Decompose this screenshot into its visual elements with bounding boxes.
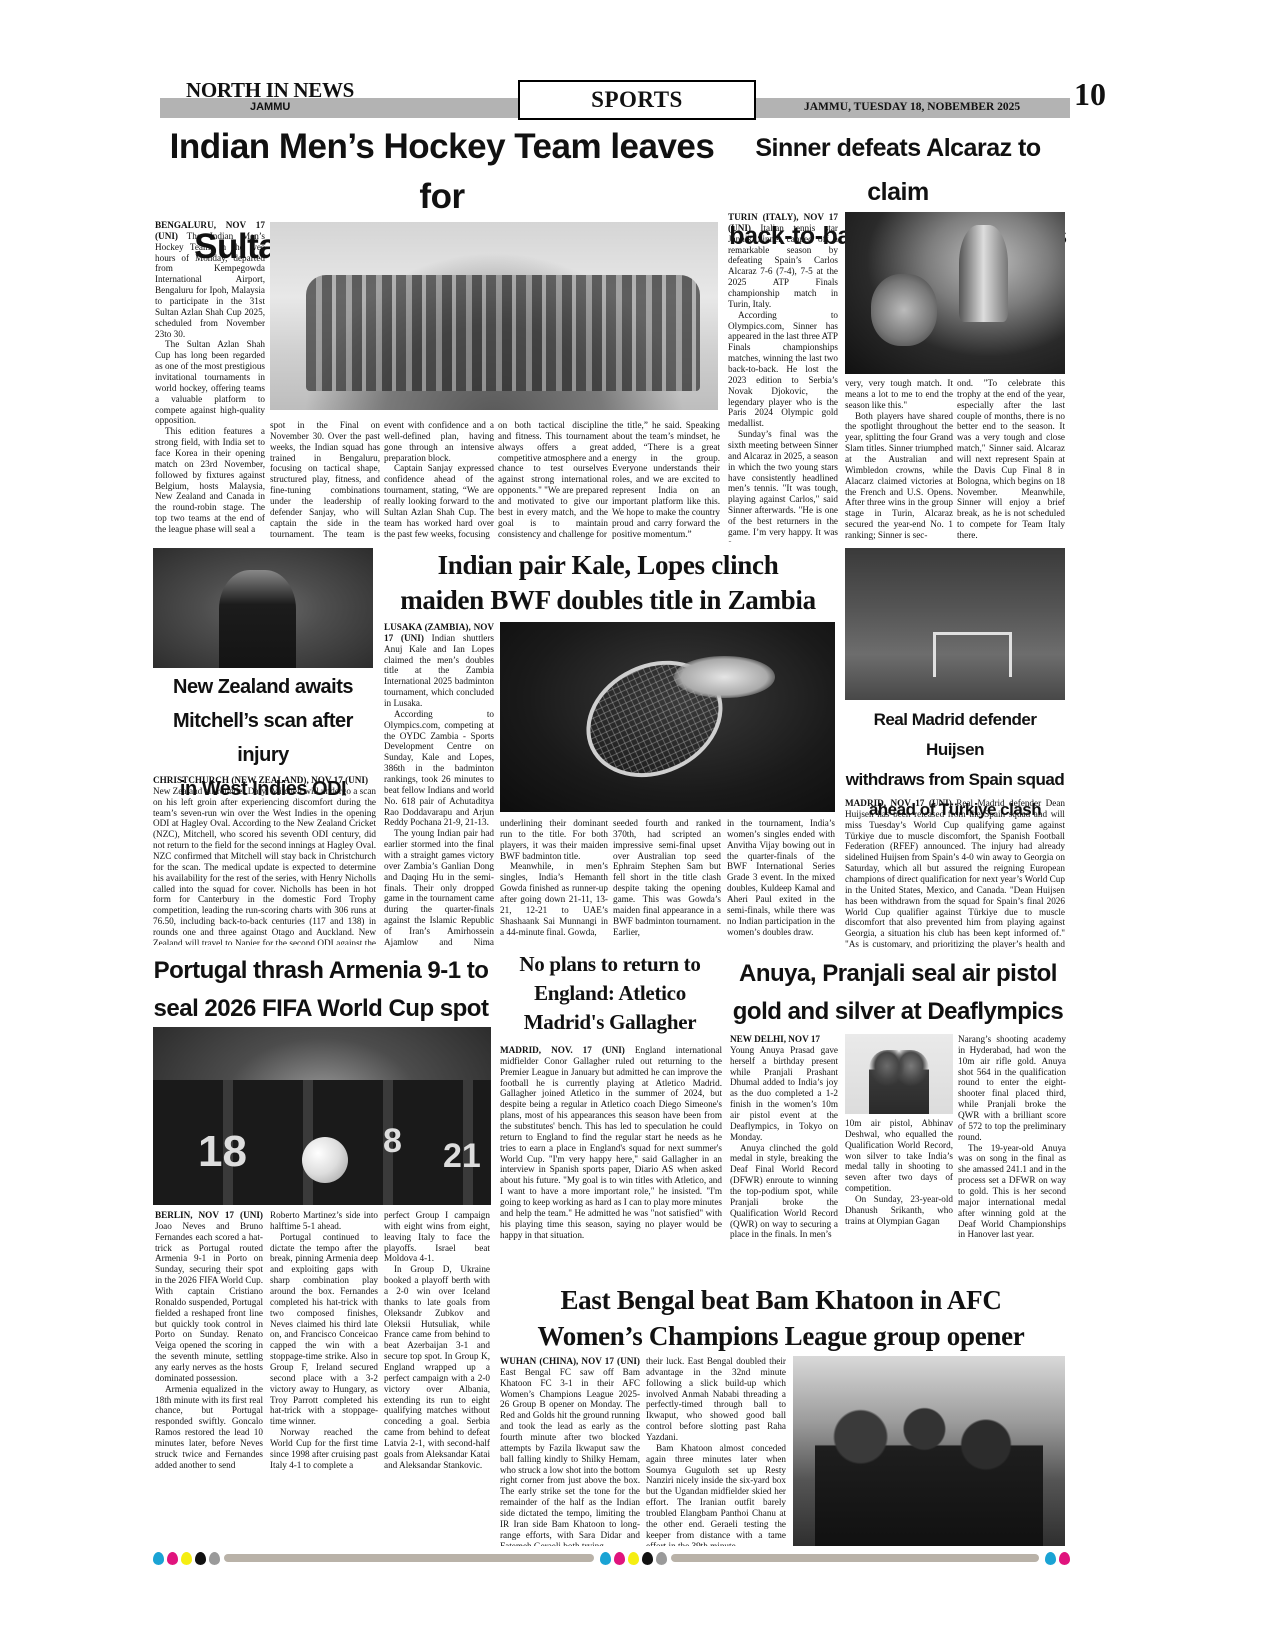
hockey-team-photo (270, 222, 718, 410)
paragraph: their luck. East Bengal doubled their ad… (646, 1356, 786, 1443)
registration-dot-cyan (153, 1552, 164, 1565)
eastbengal-headline-line2: Women’s Champions League group opener (494, 1318, 1068, 1354)
hockey-col-5: the title,” he said. Speaking about the … (612, 420, 720, 540)
mitchell-dateline: CHRISTCHURCH (NEW ZEALAND), NOV 17 (UNI) (153, 775, 368, 785)
paragraph: According to Olympics.com, Sinner has ap… (728, 310, 838, 429)
sinner-col-3: ond. "To celebrate this trophy at the en… (957, 378, 1065, 540)
registration-dot-magenta (167, 1552, 178, 1565)
bwf-col-3: seeded fourth and ranked 370th, had scri… (613, 818, 721, 946)
deaflympics-col-2: 10m air pistol, Abhinav Deshwal, who equ… (845, 1118, 953, 1278)
paragraph: Sunday’s final was the sixth meeting bet… (728, 429, 838, 542)
paragraph: The young Indian pair had earlier storme… (384, 828, 494, 947)
deaflympics-col-3: Narang’s shooting academy in Hyderabad, … (958, 1034, 1066, 1279)
portugal-players-photo: 18 8 21 (153, 1027, 491, 1205)
mitchell-headline-line1: New Zealand awaits (150, 670, 376, 704)
registration-dot-gray (656, 1552, 667, 1565)
deaflympics-headline: Anuya, Pranjali seal air pistol gold and… (728, 955, 1068, 1031)
registration-dot-black (195, 1552, 206, 1565)
deaflympics-headline-line1: Anuya, Pranjali seal air pistol (728, 955, 1068, 993)
jersey-number: 21 (443, 1137, 481, 1176)
hockey-col-3: event with confidence and a well-defined… (384, 420, 494, 540)
hockey-col-1: BENGALURU, NOV 17 (UNI) The Indian Men’s… (155, 220, 265, 540)
registration-dot-cyan (600, 1552, 611, 1565)
mitchell-headline-line2: Mitchell’s scan after injury (150, 704, 376, 772)
registration-dot-magenta (614, 1552, 625, 1565)
registration-dot-yellow (628, 1552, 639, 1565)
paragraph: Anuya clinched the gold medal in style, … (730, 1143, 838, 1241)
paragraph: the title,” he said. Speaking about the … (612, 420, 720, 539)
gallagher-headline-line1: No plans to return to (494, 950, 726, 979)
paragraph: Bam Khatoon almost conceded again three … (646, 1443, 786, 1546)
gallagher-headline-line3: Madrid's Gallagher (494, 1008, 726, 1037)
sinner-trophy-photo (845, 212, 1065, 374)
hockey-col-2: spot in the Final on November 30. Over t… (270, 420, 380, 540)
paragraph: The Indian Men’s Hockey Team, in the wee… (155, 231, 265, 339)
paragraph: East Bengal FC saw off Bam Khatoon FC 3-… (500, 1367, 640, 1546)
paragraph: ond. "To celebrate this trophy at the en… (957, 378, 1065, 540)
paragraph: 10m air pistol, Abhinav Deshwal, who equ… (845, 1118, 953, 1194)
paragraph: England international midfielder Conor G… (500, 1045, 722, 1240)
portugal-headline-line2: seal 2026 FIFA World Cup spot (150, 990, 492, 1028)
paragraph: The 19-year-old Anuya was on song in the… (958, 1143, 1066, 1241)
huijsen-dateline: MADRID, NOV 17 (UNI) (845, 798, 952, 808)
paragraph: Both players have shared the spotlight t… (845, 411, 953, 540)
bwf-col-4: in the tournament, India’s women’s singl… (727, 818, 835, 946)
gallagher-body: MADRID, NOV. 17 (UNI) England internatio… (500, 1045, 722, 1275)
gallagher-headline-line2: England: Atletico (494, 979, 726, 1008)
bwf-headline-line2: maiden BWF doubles title in Zambia (380, 583, 836, 618)
bwf-headline-line1: Indian pair Kale, Lopes clinch (380, 548, 836, 583)
hockey-headline-line1: Indian Men’s Hockey Team leaves for (152, 122, 732, 222)
paragraph: This edition features a strong field, wi… (155, 426, 265, 535)
paragraph: seeded fourth and ranked 370th, had scri… (613, 818, 721, 937)
paragraph: Roberto Martinez’s side into halftime 5-… (270, 1210, 378, 1232)
bwf-col-2: underlining their dominant run to the ti… (500, 818, 608, 946)
gallagher-headline: No plans to return to England: Atletico … (494, 950, 726, 1037)
hockey-col-4: on both tactical discipline and fitness.… (498, 420, 608, 540)
section-title: SPORTS (518, 80, 756, 120)
sinner-col-2: very, very tough match. It means a lot t… (845, 378, 953, 540)
deaflympics-dateline: NEW DELHI, NOV 17 (730, 1034, 820, 1044)
huijsen-headline-line2: withdraws from Spain squad (845, 765, 1065, 795)
eastbengal-col-1: WUHAN (CHINA), NOV 17 (UNI) East Bengal … (500, 1356, 640, 1546)
paragraph: perfect Group I campaign with eight wins… (384, 1210, 490, 1264)
eastbengal-headline-line1: East Bengal beat Bam Khatoon in AFC (494, 1282, 1068, 1318)
mitchell-body: CHRISTCHURCH (NEW ZEALAND), NOV 17 (UNI)… (153, 775, 376, 945)
registration-dot-cyan (1045, 1552, 1056, 1565)
deaflympics-col-1: NEW DELHI, NOV 17Young Anuya Prasad gave… (730, 1034, 838, 1279)
huijsen-headline-line1: Real Madrid defender Huijsen (845, 705, 1065, 765)
paragraph: Armenia equalized in the 18th minute wit… (155, 1384, 263, 1471)
mitchell-celebration-photo (153, 548, 373, 668)
paragraph: The Sultan Azlan Shah Cup has long been … (155, 339, 265, 426)
paragraph: on both tactical discipline and fitness.… (498, 420, 608, 539)
paragraph: Joao Neves and Bruno Fernandes each scor… (155, 1221, 263, 1383)
page-number: 10 (1074, 76, 1106, 113)
portugal-col-3: perfect Group I campaign with eight wins… (384, 1210, 490, 1545)
paragraph: In Group D, Ukraine booked a playoff ber… (384, 1264, 490, 1470)
paragraph: very, very tough match. It means a lot t… (845, 378, 953, 411)
paragraph: Italian tennis star Jannik Sinner capped… (728, 223, 838, 309)
paper-name: NORTH IN NEWS (186, 78, 354, 103)
registration-dot-black (642, 1552, 653, 1565)
portugal-headline: Portugal thrash Armenia 9-1 to seal 2026… (150, 952, 492, 1028)
paragraph: Norway reached the World Cup for the fir… (270, 1427, 378, 1470)
paragraph: spot in the Final on November 30. Over t… (270, 420, 380, 540)
eastbengal-col-2: their luck. East Bengal doubled their ad… (646, 1356, 786, 1546)
badminton-racket-photo (500, 622, 835, 812)
eastbengal-headline: East Bengal beat Bam Khatoon in AFC Wome… (494, 1282, 1068, 1354)
madrid-training-photo (845, 548, 1065, 700)
bwf-col-1: LUSAKA (ZAMBIA), NOV 17 (UNI) Indian shu… (384, 622, 494, 947)
registration-dot-gray (209, 1552, 220, 1565)
paragraph: in the tournament, India’s women’s singl… (727, 818, 835, 937)
paragraph: Real Madrid defender Dean Huijsen has be… (845, 798, 1065, 948)
bwf-headline: Indian pair Kale, Lopes clinch maiden BW… (380, 548, 836, 618)
paragraph: underlining their dominant run to the ti… (500, 818, 608, 861)
portugal-col-1: BERLIN, NOV 17 (UNI) Joao Neves and Brun… (155, 1210, 263, 1545)
paragraph: Captain Sanjay expressed confidence ahea… (384, 463, 494, 539)
portugal-headline-line1: Portugal thrash Armenia 9-1 to (150, 952, 492, 990)
paragraph: According to Olympics.com, competing at … (384, 709, 494, 828)
jersey-number: 18 (198, 1127, 247, 1177)
registration-bar-right (671, 1554, 1039, 1562)
paragraph: Portugal continued to dictate the tempo … (270, 1232, 378, 1427)
paragraph: New Zealand all-rounder Daryl Mitchell w… (153, 786, 376, 945)
shooters-photo (845, 1034, 953, 1114)
paragraph: Narang’s shooting academy in Hyderabad, … (958, 1034, 1066, 1143)
paragraph: event with confidence and a well-defined… (384, 420, 494, 463)
jersey-number: 8 (383, 1122, 402, 1161)
sinner-headline-line1: Sinner defeats Alcaraz to claim (728, 126, 1068, 214)
issue-date: JAMMU, TUESDAY 18, NOBEMBER 2025 (804, 101, 1020, 113)
east-bengal-celebration-photo (793, 1356, 1065, 1546)
paragraph: Young Anuya Prasad gave herself a birthd… (730, 1045, 838, 1142)
deaflympics-headline-line2: gold and silver at Deaflympics (728, 993, 1068, 1031)
edition-label: JAMMU (250, 101, 290, 113)
huijsen-body: MADRID, NOV 17 (UNI) Real Madrid defende… (845, 798, 1065, 948)
gallagher-dateline: MADRID, NOV. 17 (UNI) (500, 1045, 625, 1055)
paragraph: Indian shuttlers Anuj Kale and Ian Lopes… (384, 633, 494, 708)
portugal-col-2: Roberto Martinez’s side into halftime 5-… (270, 1210, 378, 1545)
paragraph: Meanwhile, in men’s singles, India’s Hem… (500, 861, 608, 937)
paragraph: On Sunday, 23-year-old Dhanush Srikanth,… (845, 1194, 953, 1227)
portugal-dateline: BERLIN, NOV 17 (UNI) (155, 1210, 263, 1220)
eastbengal-dateline: WUHAN (CHINA), NOV 17 (UNI) (500, 1356, 640, 1366)
registration-dot-yellow (181, 1552, 192, 1565)
registration-dot-magenta (1059, 1552, 1070, 1565)
sinner-col-1: TURIN (ITALY), NOV 17 (UNI) Italian tenn… (728, 212, 838, 542)
registration-bar-left (224, 1554, 594, 1562)
